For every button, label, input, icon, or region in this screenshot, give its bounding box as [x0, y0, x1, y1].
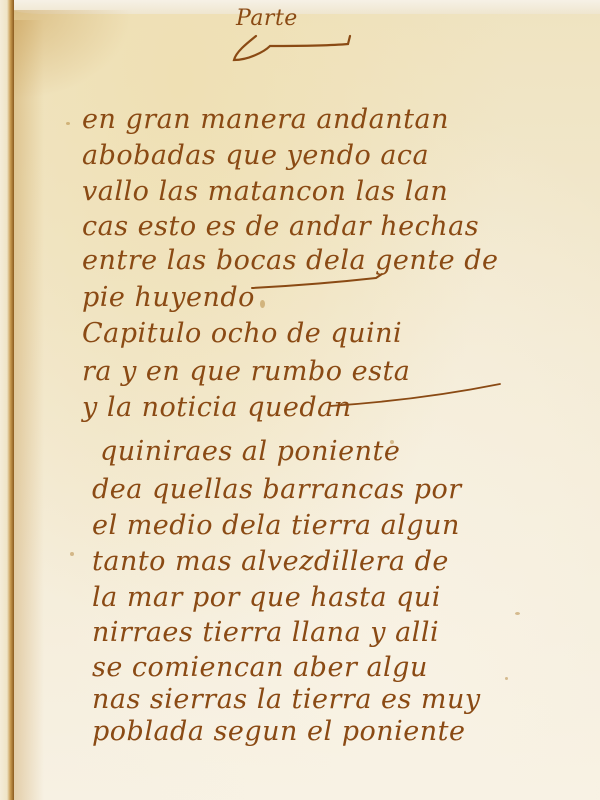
ink-speck: [505, 677, 508, 680]
page-header: Parte: [236, 6, 298, 31]
text-line: el medio dela tierra algun: [92, 510, 460, 541]
book-spine: [0, 0, 14, 800]
text-line: pie huyendo: [82, 282, 255, 313]
ink-speck: [260, 300, 265, 308]
manuscript-page: Parte en gran manera andantan abobadas q…: [0, 0, 600, 800]
text-line: nirraes tierra llana y alli: [92, 617, 439, 648]
line-filler-stroke: [290, 372, 510, 412]
text-line: vallo las matancon las lan: [82, 176, 448, 207]
text-line: se comiencan aber algu: [92, 652, 428, 683]
text-line: en gran manera andantan: [82, 104, 449, 135]
spine-shadow: [14, 20, 44, 800]
text-line: poblada segun el poniente: [92, 716, 465, 747]
chapter-heading-line: Capitulo ocho de quini: [82, 318, 402, 349]
ink-speck: [66, 122, 70, 125]
text-line: tanto mas alvezdillera de: [92, 546, 449, 577]
text-line: abobadas que yendo aca: [82, 140, 429, 171]
ink-speck: [70, 552, 74, 556]
text-line: nas sierras la tierra es muy: [92, 684, 481, 715]
text-line: quiniraes al poniente: [100, 436, 400, 467]
header-flourish-icon: [226, 30, 356, 66]
text-line: cas esto es de andar hechas: [82, 211, 479, 242]
line-filler-stroke: [250, 270, 390, 294]
text-line: la mar por que hasta qui: [92, 582, 441, 613]
ink-speck: [390, 440, 394, 444]
text-line: dea quellas barrancas por: [92, 474, 462, 505]
ink-speck: [515, 612, 520, 615]
corner-stain: [14, 10, 134, 100]
